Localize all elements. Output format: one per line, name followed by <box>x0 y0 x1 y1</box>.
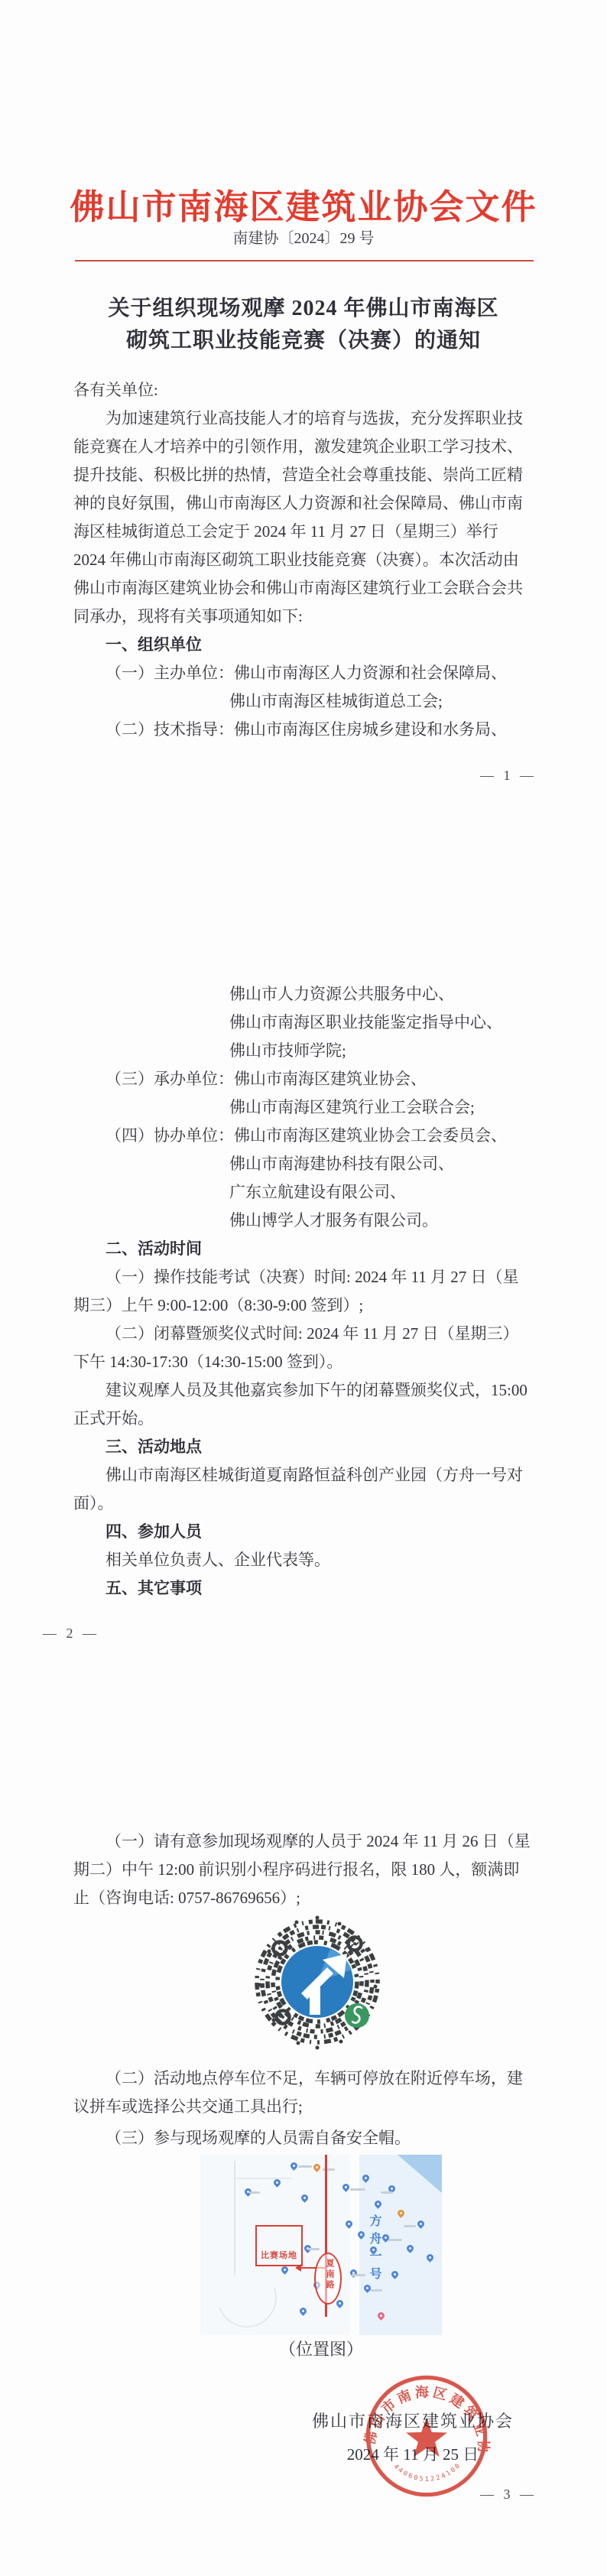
host-unit-line2: 佛山市南海区桂城街道总工会; <box>73 687 534 716</box>
salutation: 各有关单位: <box>73 376 534 404</box>
seal-ring <box>368 2377 485 2494</box>
page1-number: — 1 — <box>480 768 537 784</box>
map-label-bar <box>370 2289 382 2292</box>
map-pin-icon <box>272 2178 282 2188</box>
map-road-minor-h <box>234 2178 292 2179</box>
map-pin-icon <box>312 2162 322 2172</box>
time-note: 建议观摩人员及其他嘉宾参加下午的闭幕暨颁奖仪式，15:00 正式开始。 <box>73 1376 534 1433</box>
map-pin-icon <box>341 2182 351 2192</box>
map-label-bar <box>350 2188 365 2191</box>
section4-heading: 四、参加人员 <box>73 1518 534 1546</box>
document-title-line2: 砌筑工职业技能竞赛（决赛）的通知 <box>46 325 561 357</box>
host-unit-line1: （一）主办单位：佛山市南海区人力资源和社会保障局、 <box>73 659 534 687</box>
map-venue-label: 比赛场地 <box>257 2249 301 2261</box>
section2-heading: 二、活动时间 <box>73 1235 534 1263</box>
map-pin-icon <box>289 2161 299 2171</box>
map-road-curve <box>207 2258 287 2335</box>
map-blue-wedge <box>398 2155 442 2193</box>
map-label-bar <box>381 2191 393 2194</box>
intro-paragraph: 为加速建筑行业高技能人才的培育与选拔，充分发挥职业技能竞赛在人才培养中的引领作用… <box>73 404 534 631</box>
red-divider-rule <box>75 260 534 261</box>
org-header-title: 佛山市南海区建筑业协会文件 <box>0 179 607 229</box>
page1-body: 各有关单位: 为加速建筑行业高技能人才的培育与选拔，充分发挥职业技能竞赛在人才培… <box>73 376 534 744</box>
signature-org: 佛山市南海区建筑业协会 <box>309 2409 517 2432</box>
map-caption: （位置图） <box>200 2337 442 2360</box>
page2-number: — 2 — <box>43 1626 99 1642</box>
page3-number: — 3 — <box>480 2487 537 2503</box>
map-pin-icon <box>300 2193 310 2203</box>
co-organizer-line1: （四）协办单位：佛山市南海区建筑业协会工会委员会、 <box>73 1122 534 1150</box>
signature-date: 2024 年 11 月 25 日 <box>309 2442 517 2465</box>
undertake-line2: 佛山市南海区建筑行业工会联合会; <box>73 1093 534 1122</box>
map-park-label: 方舟一号 <box>365 2214 383 2285</box>
map-label-bar <box>352 2274 365 2276</box>
map-label-bar <box>249 2191 260 2194</box>
qr-code-graphic <box>251 1912 384 2064</box>
map-label-bar <box>388 2239 402 2241</box>
seal-graphic: 佛山市南海区建筑业协会 4406051224100 <box>362 2372 491 2500</box>
time-item2: （二）闭幕暨颁奖仪式时间: 2024 年 11 月 27 日（星期三）下午 14… <box>73 1320 534 1376</box>
map-road-white <box>350 2155 359 2335</box>
page2-body: 佛山市人力资源公共服务中心、 佛山市南海区职业技能鉴定指导中心、 佛山市技师学院… <box>73 980 534 1603</box>
undertake-line1: （三）承办单位：佛山市南海区建筑业协会、 <box>73 1065 534 1093</box>
map-pin-venue <box>280 2265 290 2275</box>
document-title-line1: 关于组织现场观摩 2024 年佛山市南海区 <box>46 293 561 325</box>
other-item3: （三）参与现场观摩的人员需自备安全帽。 <box>73 2124 534 2152</box>
section3-heading: 三、活动地点 <box>73 1433 534 1461</box>
co-organizer-cont-1: 佛山市南海建协科技有限公司、 <box>73 1150 534 1178</box>
map-road-ellipse: 夏南路 <box>314 2253 342 2305</box>
location-line: 佛山市南海区桂城街道夏南路恒益科创产业园（方舟一号对面）。 <box>73 1461 534 1518</box>
time-item1: （一）操作技能考试（决赛）时间: 2024 年 11 月 27 日（星期三）上午… <box>73 1263 534 1320</box>
section5-heading: 五、其它事项 <box>73 1574 534 1603</box>
page3-item1-block: （一）请有意参加现场观摩的人员于 2024 年 11 月 26 日（星期二）中午… <box>73 1827 534 1912</box>
section1-heading: 一、组织单位 <box>73 631 534 659</box>
page3-item2-block: （二）活动地点停车位不足，车辆可停放在附近停车场，建议拼车或选择公共交通工具出行… <box>73 2064 534 2121</box>
co-organizer-cont-2: 广东立航建设有限公司、 <box>73 1178 534 1207</box>
tech-guide-line1: （二）技术指导：佛山市南海区住房城乡建设和水务局、 <box>73 716 534 744</box>
map-road-label: 夏南路 <box>323 2259 336 2291</box>
official-seal-stamp: 佛山市南海区建筑业协会 4406051224100 <box>362 2372 491 2500</box>
participants-line: 相关单位负责人、企业代表等。 <box>73 1546 534 1574</box>
co-organizer-cont-3: 佛山博学人才服务有限公司。 <box>73 1207 534 1235</box>
tech-guide-cont-1: 佛山市人力资源公共服务中心、 <box>73 980 534 1009</box>
map-label-bar <box>298 2165 312 2168</box>
document-number: 南建协〔2024〕29 号 <box>0 226 607 248</box>
document-sheet: 佛山市南海区建筑业协会文件 南建协〔2024〕29 号 关于组织现场观摩 202… <box>0 0 607 2576</box>
map-label-bar <box>307 2248 320 2250</box>
tech-guide-cont-2: 佛山市南海区职业技能鉴定指导中心、 <box>73 1009 534 1037</box>
other-item1: （一）请有意参加现场观摩的人员于 2024 年 11 月 26 日（星期二）中午… <box>73 1827 534 1912</box>
tech-guide-cont-3: 佛山市技师学院; <box>73 1037 534 1065</box>
location-map: 比赛场地 夏南路 方舟一号 <box>200 2155 442 2335</box>
map-label-bar <box>404 2225 416 2227</box>
miniprogram-qr-code <box>251 1912 384 2064</box>
map-pin-icon <box>298 2306 308 2316</box>
map-venue-box: 比赛场地 <box>255 2225 303 2266</box>
page3-item3-block: （三）参与现场观摩的人员需自备安全帽。 <box>73 2124 534 2152</box>
document-title: 关于组织现场观摩 2024 年佛山市南海区 砌筑工职业技能竞赛（决赛）的通知 <box>46 293 561 357</box>
other-item2: （二）活动地点停车位不足，车辆可停放在附近停车场，建议拼车或选择公共交通工具出行… <box>73 2064 534 2121</box>
map-pin-icon <box>335 2298 345 2308</box>
